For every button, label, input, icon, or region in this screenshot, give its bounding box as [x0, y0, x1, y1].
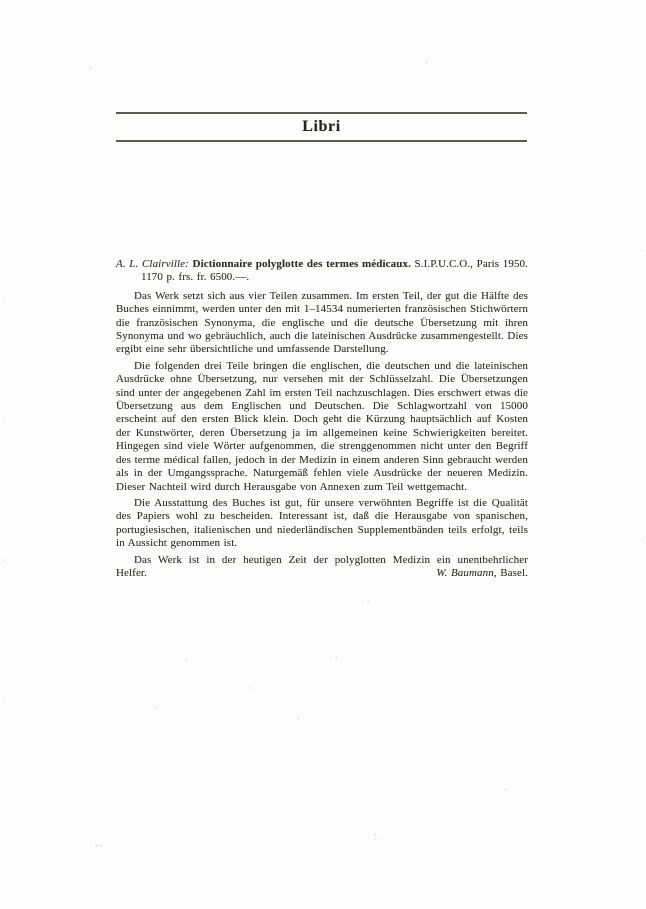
reference-book-title: Dictionnaire polyglotte des termes médic… [193, 258, 415, 270]
scanned-journal-page: Libri A. L. Clairville: Dictionnaire pol… [0, 0, 646, 909]
review-paragraph-1: Das Werk setzt sich aus vier Teilen zusa… [116, 290, 528, 357]
book-review-article: A. L. Clairville: Dictionnaire polyglott… [116, 258, 528, 580]
review-paragraph-2: Die folgenden drei Teile bringen die eng… [116, 360, 528, 494]
reference-author: A. L. Clairville: [116, 258, 193, 270]
review-paragraph-3: Die Ausstattung des Buches ist gut, für … [116, 497, 528, 551]
scan-noise-artifacts [0, 0, 1, 1]
reviewer-signature: W. Baumann, Basel. [436, 567, 528, 580]
closing-text-line2: Helfer. W. Baumann, Basel. [116, 567, 528, 580]
section-header: Libri [116, 112, 527, 142]
reference-entry: A. L. Clairville: Dictionnaire polyglott… [116, 258, 528, 285]
closing-paragraph: Das Werk ist in der heutigen Zeit der po… [116, 554, 528, 581]
reviewer-name: W. Baumann [436, 567, 493, 579]
closing-text-end: Helfer. [116, 567, 147, 580]
reviewer-place: , Basel. [494, 567, 528, 579]
closing-text-line1: Das Werk ist in der heutigen Zeit der po… [116, 554, 528, 567]
section-title: Libri [302, 118, 341, 136]
